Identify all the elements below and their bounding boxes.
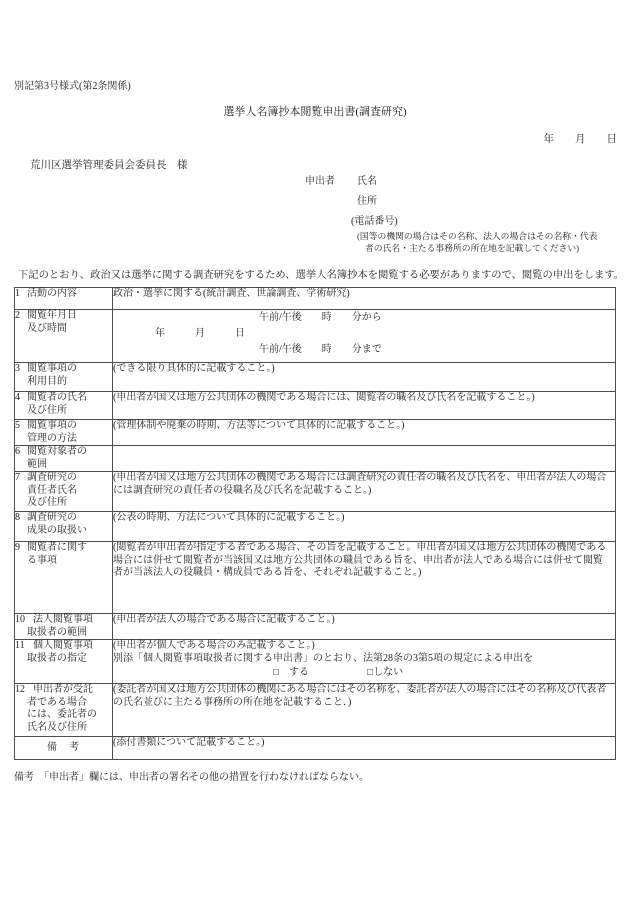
application-form-table: 1活動の内容政治・選挙に関する(統計調査、世論調査、学術研究)2閲覧年月日及び時… (14, 287, 616, 760)
row-number: 2 (15, 310, 27, 323)
row-content-line: 別添「個人閲覧事項取扱者に関する申出書」のとおり、法第28条の3第5項の規定によ… (113, 653, 615, 666)
footer-remark: 備考 「申出者」欄には、申出者の署名その他の措置を行わなければならない。 (14, 771, 630, 784)
applicant-label: 申出者 (305, 176, 335, 187)
row-content-line: (申出者が国又は地方公共団体の機関である場合には調査研究の責任者の職名及び氏名を… (113, 472, 615, 485)
table-row: 12申出者が受託者である場合には、委託者の氏名及び住所(委託者が国又は地方公共団… (15, 684, 616, 737)
row-label: 及び住所 (15, 405, 112, 418)
table-row: 2閲覧年月日及び時間午前/午後 時 分から年 月 日午前/午後 時 分まで (15, 310, 616, 363)
applicant-address-label: 住所 (305, 195, 630, 215)
row-label: 法人閲覧事項 (33, 614, 93, 627)
date-line: 年 月 日 (0, 133, 630, 146)
row-content-line: 者が当該法人の役職員・構成員である旨を、それぞれ記載すること。) (113, 567, 615, 580)
applicant-note-line1: (国等の機関の場合はその名称、法人の場合はその名称・代表 (357, 231, 630, 243)
row-label: る事項 (15, 555, 112, 568)
row-content-line: (申出者が法人の場合である場合に記載すること。) (113, 614, 615, 627)
table-row: 10法人閲覧事項取扱者の範囲(申出者が法人の場合である場合に記載すること。) (15, 614, 616, 640)
row-label: には、委託者の (15, 709, 112, 722)
checkbox-option-do[interactable]: □ する (273, 667, 309, 680)
table-row: 5閲覧事項の管理の方法(管理体制や廃棄の時期、方法等について具体的に記載すること… (15, 420, 616, 446)
row-label: 調査研究の (27, 472, 77, 485)
row-content-line: (添付書類について記載すること。) (113, 737, 615, 750)
checkbox-line: □ する□しない (113, 667, 615, 680)
table-row: 4閲覧者の氏名及び住所(申出者が国又は地方公共団体の機関である場合には、閲覧者の… (15, 392, 616, 420)
applicant-phone-label: (電話番号) (305, 215, 630, 231)
row-label: 成果の取扱い (15, 525, 112, 538)
row-content-line: には調査研究の責任者の役職名及び氏名を記載すること。) (113, 485, 615, 498)
row-number: 12 (15, 684, 33, 697)
table-row: 9閲覧者に関する事項(閲覧者が申出者が指定する者である場合、その旨を記載すること… (15, 542, 616, 614)
row-number: 9 (15, 542, 27, 555)
applicant-name-label: 氏名 (357, 176, 377, 187)
row-number: 5 (15, 420, 27, 433)
row-label: 閲覧者の氏名 (27, 392, 87, 405)
row-label: 活動の内容 (27, 288, 77, 301)
row-label: 者である場合 (15, 697, 112, 710)
applicant-name-row: 申出者氏名 (305, 175, 630, 195)
row-number: 3 (15, 363, 27, 376)
table-row: 3閲覧事項の利用目的(できる限り具体的に記載すること。) (15, 363, 616, 392)
row-label: 申出者が受託 (33, 684, 93, 697)
row-number: 11 (15, 640, 33, 653)
row-label: 閲覧事項の (27, 420, 77, 433)
row-number: 7 (15, 472, 27, 485)
row-label: 氏名及び住所 (15, 722, 112, 735)
form-table-body: 1活動の内容政治・選挙に関する(統計調査、世論調査、学術研究)2閲覧年月日及び時… (15, 288, 616, 760)
row-number: 4 (15, 392, 27, 405)
page-title: 選挙人名簿抄本閲覧申出書(調査研究) (0, 105, 630, 120)
document-page: 別記第3号様式(第2条関係) 選挙人名簿抄本閲覧申出書(調査研究) 年 月 日 … (0, 0, 630, 903)
applicant-block: 申出者氏名 住所 (電話番号) (国等の機関の場合はその名称、法人の場合はその名… (305, 175, 630, 254)
row-label: 責任者氏名 (15, 485, 112, 498)
row-label: 取扱者の指定 (15, 653, 112, 666)
applicant-note-line2: 者の氏名・主たる事務所の所在地を記載してください) (357, 243, 630, 255)
row-number: 8 (15, 512, 27, 525)
form-style-number: 別記第3号様式(第2条関係) (14, 80, 630, 93)
row-content-line: 場合には併せて閲覧者が当該国又は地方公共団体の職員である旨を、申出者が法人である… (113, 555, 615, 568)
row-label: 取扱者の範囲 (15, 627, 112, 640)
row-label: 及び時間 (15, 323, 112, 336)
row-content-line: (申出者が国又は地方公共団体の機関である場合には、閲覧者の職名及び氏名を記載する… (113, 392, 615, 405)
table-row: 6閲覧対象者の範囲 (15, 446, 616, 472)
row-label: 閲覧年月日 (27, 310, 77, 323)
row-content-line: (委託者が国又は地方公共団体の機関にある場合にはその名称を、委託者が法人の場合に… (113, 684, 615, 697)
addressee-line: 荒川区選挙管理委員会委員長 様 (30, 159, 630, 172)
row-label: 閲覧対象者の (27, 446, 87, 459)
row-label: 閲覧事項の (27, 363, 77, 376)
row-label: 及び住所 (15, 497, 112, 510)
row-number: 10 (15, 614, 33, 627)
table-row: 7調査研究の責任者氏名及び住所(申出者が国又は地方公共団体の機関である場合には調… (15, 472, 616, 512)
table-row: 11個人閲覧事項取扱者の指定(申出者が個人である場合のみ記載すること。)別添「個… (15, 640, 616, 684)
row-label: 備 考 (15, 742, 112, 755)
row-label: 利用目的 (15, 376, 112, 389)
row-label: 範囲 (15, 459, 112, 472)
schedule-from-line: 午前/午後 時 分から (113, 310, 615, 326)
row-label: 個人閲覧事項 (33, 640, 93, 653)
table-row: 備 考(添付書類について記載すること。) (15, 737, 616, 760)
schedule-to-line: 午前/午後 時 分まで (113, 342, 615, 358)
row-content-line: (管理体制や廃棄の時期、方法等について具体的に記載すること。) (113, 420, 615, 433)
row-number: 1 (15, 288, 27, 301)
schedule-date-line: 年 月 日 (113, 326, 615, 342)
row-content-line: (公表の時期、方法について具体的に記載すること。) (113, 512, 615, 525)
table-row: 8調査研究の成果の取扱い(公表の時期、方法について具体的に記載すること。) (15, 512, 616, 542)
row-number: 6 (15, 446, 27, 459)
checkbox-option-dont[interactable]: □しない (367, 667, 403, 680)
table-row: 1活動の内容政治・選挙に関する(統計調査、世論調査、学術研究) (15, 288, 616, 310)
row-content-line: (閲覧者が申出者が指定する者である場合、その旨を記載すること。申出者が国又は地方… (113, 542, 615, 555)
row-content-line: 政治・選挙に関する(統計調査、世論調査、学術研究) (113, 288, 615, 301)
row-content-line: (申出者が個人である場合のみ記載すること。) (113, 640, 615, 653)
applicant-note: (国等の機関の場合はその名称、法人の場合はその名称・代表 者の氏名・主たる事務所… (305, 231, 630, 254)
row-content-line: の氏名並びに主たる事務所の所在地を記載すること．) (113, 697, 615, 710)
intro-paragraph: 下記のとおり、政治又は選挙に関する調査研究をするため、選挙人名簿抄本を閲覧する必… (14, 269, 616, 282)
row-label: 閲覧者に関す (27, 542, 87, 555)
row-label: 調査研究の (27, 512, 77, 525)
row-label: 管理の方法 (15, 433, 112, 446)
row-content-line: (できる限り具体的に記載すること。) (113, 363, 615, 376)
